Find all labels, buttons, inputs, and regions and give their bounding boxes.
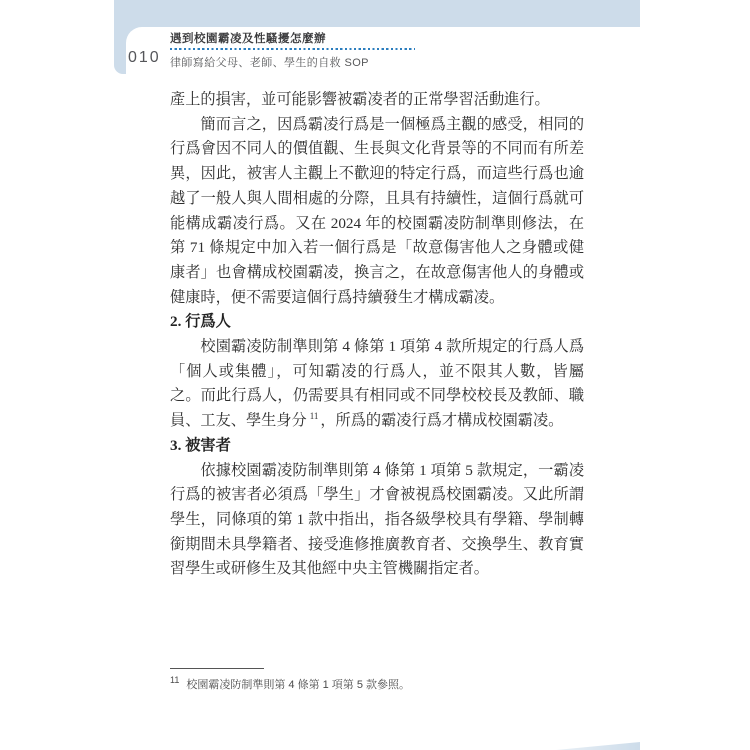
footnote-reference-11: 11	[310, 411, 319, 421]
section-2-text-after-ref: ，所爲的霸凌行爲才構成校園霸凌。	[320, 412, 563, 429]
body-text: 產上的損害，並可能影響被霸凌者的正常學習活動進行。 簡而言之，因爲霸凌行爲是一個…	[170, 88, 584, 582]
running-head-title: 遇到校園霸凌及性騷擾怎麼辦	[170, 30, 326, 46]
section-3-paragraph: 依據校園霸凌防制準則第 4 條第 1 項第 5 款規定，一霸凌行爲的被害者必須爲…	[170, 459, 584, 583]
section-2-paragraph: 校園霸凌防制準則第 4 條第 1 項第 4 款所規定的行爲人爲「個人或集體」，可…	[170, 335, 584, 434]
paragraph-summary: 簡而言之，因爲霸凌行爲是一個極爲主觀的感受，相同的行爲會因不同人的價值觀、生長與…	[170, 113, 584, 311]
footnote-divider	[170, 668, 264, 669]
section-2-heading: 2. 行爲人	[170, 310, 584, 335]
footnote-line: 11校園霸凌防制準則第 4 條第 1 項第 5 款參照。	[170, 677, 584, 693]
footnote-marker: 11	[170, 675, 179, 685]
book-page: 010 遇到校園霸凌及性騷擾怎麼辦 律師寫給父母、老師、學生的自救 SOP 產上…	[0, 0, 750, 750]
page-number: 010	[128, 49, 161, 67]
footnote-block: 11校園霸凌防制準則第 4 條第 1 項第 5 款參照。	[170, 668, 584, 693]
dotted-divider	[170, 48, 415, 51]
paragraph-continuation: 產上的損害，並可能影響被霸凌者的正常學習活動進行。	[170, 88, 584, 113]
section-3-heading: 3. 被害者	[170, 434, 584, 459]
footnote-text: 校園霸凌防制準則第 4 條第 1 項第 5 款參照。	[186, 679, 410, 691]
running-head-subtitle: 律師寫給父母、老師、學生的自救 SOP	[170, 54, 369, 70]
